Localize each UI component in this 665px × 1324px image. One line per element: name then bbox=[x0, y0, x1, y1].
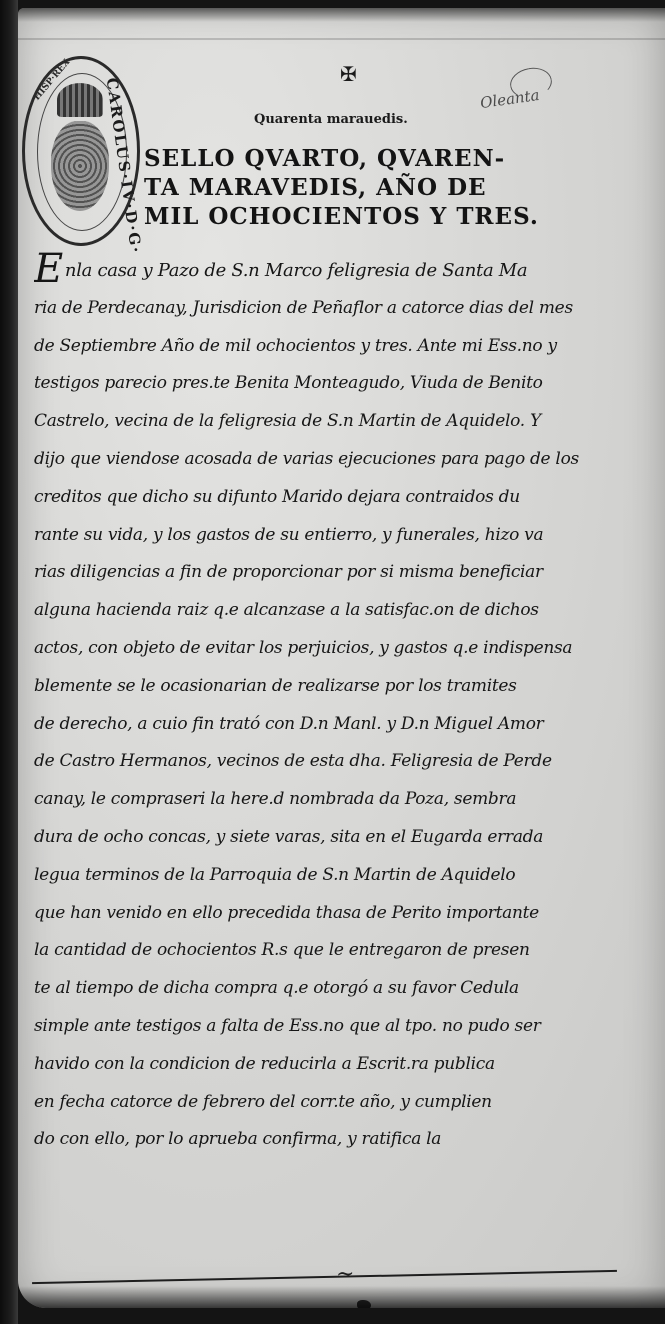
manuscript-line-text: nla casa y Pazo de S.n Marco feligresia … bbox=[65, 260, 527, 281]
decorated-initial: E bbox=[34, 252, 63, 290]
stamp-price-line: Quarenta marauedis. bbox=[254, 112, 408, 127]
closing-rule-line bbox=[32, 1270, 617, 1284]
manuscript-line: que han venido en ello precedida thasa d… bbox=[34, 895, 634, 933]
stamp-title-line: TA MARAVEDIS, AÑO DE bbox=[144, 173, 584, 202]
manuscript-line: Enla casa y Pazo de S.n Marco feligresia… bbox=[34, 252, 634, 290]
coat-of-arms-icon bbox=[51, 121, 109, 211]
manuscript-line: ria de Perdecanay, Jurisdicion de Peñafl… bbox=[34, 290, 634, 328]
manuscript-page: CAROLUS·IV·D·G· HISP·REX ✠ Quarenta mara… bbox=[18, 8, 665, 1308]
document-scan: CAROLUS·IV·D·G· HISP·REX ✠ Quarenta mara… bbox=[0, 0, 665, 1324]
manuscript-line: do con ello, por lo aprueba confirma, y … bbox=[34, 1121, 634, 1159]
stamp-title-line: SELLO QVARTO, QVAREN- bbox=[144, 144, 584, 173]
stamp-title-line: MIL OCHOCIENTOS Y TRES. bbox=[144, 202, 584, 231]
stamp-title: SELLO QVARTO, QVAREN- TA MARAVEDIS, AÑO … bbox=[144, 144, 584, 231]
manuscript-line: legua terminos de la Parroquia de S.n Ma… bbox=[34, 857, 634, 895]
manuscript-line: dijo que viendose acosada de varias ejec… bbox=[34, 441, 634, 479]
manuscript-line: rante su vida, y los gastos de su entier… bbox=[34, 517, 634, 555]
page-top-shadow bbox=[18, 8, 665, 22]
royal-seal-icon: CAROLUS·IV·D·G· HISP·REX bbox=[22, 56, 140, 246]
manuscript-line: te al tiempo de dicha compra q.e otorgó … bbox=[34, 970, 634, 1008]
manuscript-line: dura de ocho concas, y siete varas, sita… bbox=[34, 819, 634, 857]
manuscript-line: Castrelo, vecina de la feligresia de S.n… bbox=[34, 403, 634, 441]
paper-crease bbox=[18, 38, 665, 40]
margin-annotation: Oleanta bbox=[479, 86, 540, 112]
scan-binding-edge bbox=[0, 0, 18, 1324]
manuscript-line: de Castro Hermanos, vecinos de esta dha.… bbox=[34, 743, 634, 781]
manuscript-line: blemente se le ocasionarian de realizars… bbox=[34, 668, 634, 706]
manuscript-line: canay, le compraseri la here.d nombrada … bbox=[34, 781, 634, 819]
manuscript-line: creditos que dicho su difunto Marido dej… bbox=[34, 479, 634, 517]
crown-icon bbox=[57, 83, 103, 117]
page-bottom-shadow bbox=[18, 1286, 665, 1308]
closing-flourish-icon: ~ bbox=[336, 1262, 354, 1287]
manuscript-line: de Septiembre Año de mil ochocientos y t… bbox=[34, 328, 634, 366]
manuscript-line: havido con la condicion de reducirla a E… bbox=[34, 1046, 634, 1084]
manuscript-line: en fecha catorce de febrero del corr.te … bbox=[34, 1084, 634, 1122]
manuscript-line: testigos parecio pres.te Benita Monteagu… bbox=[34, 365, 634, 403]
cross-icon: ✠ bbox=[340, 62, 357, 86]
manuscript-line: actos, con objeto de evitar los perjuici… bbox=[34, 630, 634, 668]
manuscript-line: la cantidad de ochocientos R.s que le en… bbox=[34, 932, 634, 970]
manuscript-line: de derecho, a cuio fin trató con D.n Man… bbox=[34, 706, 634, 744]
manuscript-line: simple ante testigos a falta de Ess.no q… bbox=[34, 1008, 634, 1046]
manuscript-line: alguna hacienda raiz q.e alcanzase a la … bbox=[34, 592, 634, 630]
manuscript-line: rias diligencias a fin de proporcionar p… bbox=[34, 554, 634, 592]
manuscript-body: Enla casa y Pazo de S.n Marco feligresia… bbox=[34, 252, 634, 1159]
